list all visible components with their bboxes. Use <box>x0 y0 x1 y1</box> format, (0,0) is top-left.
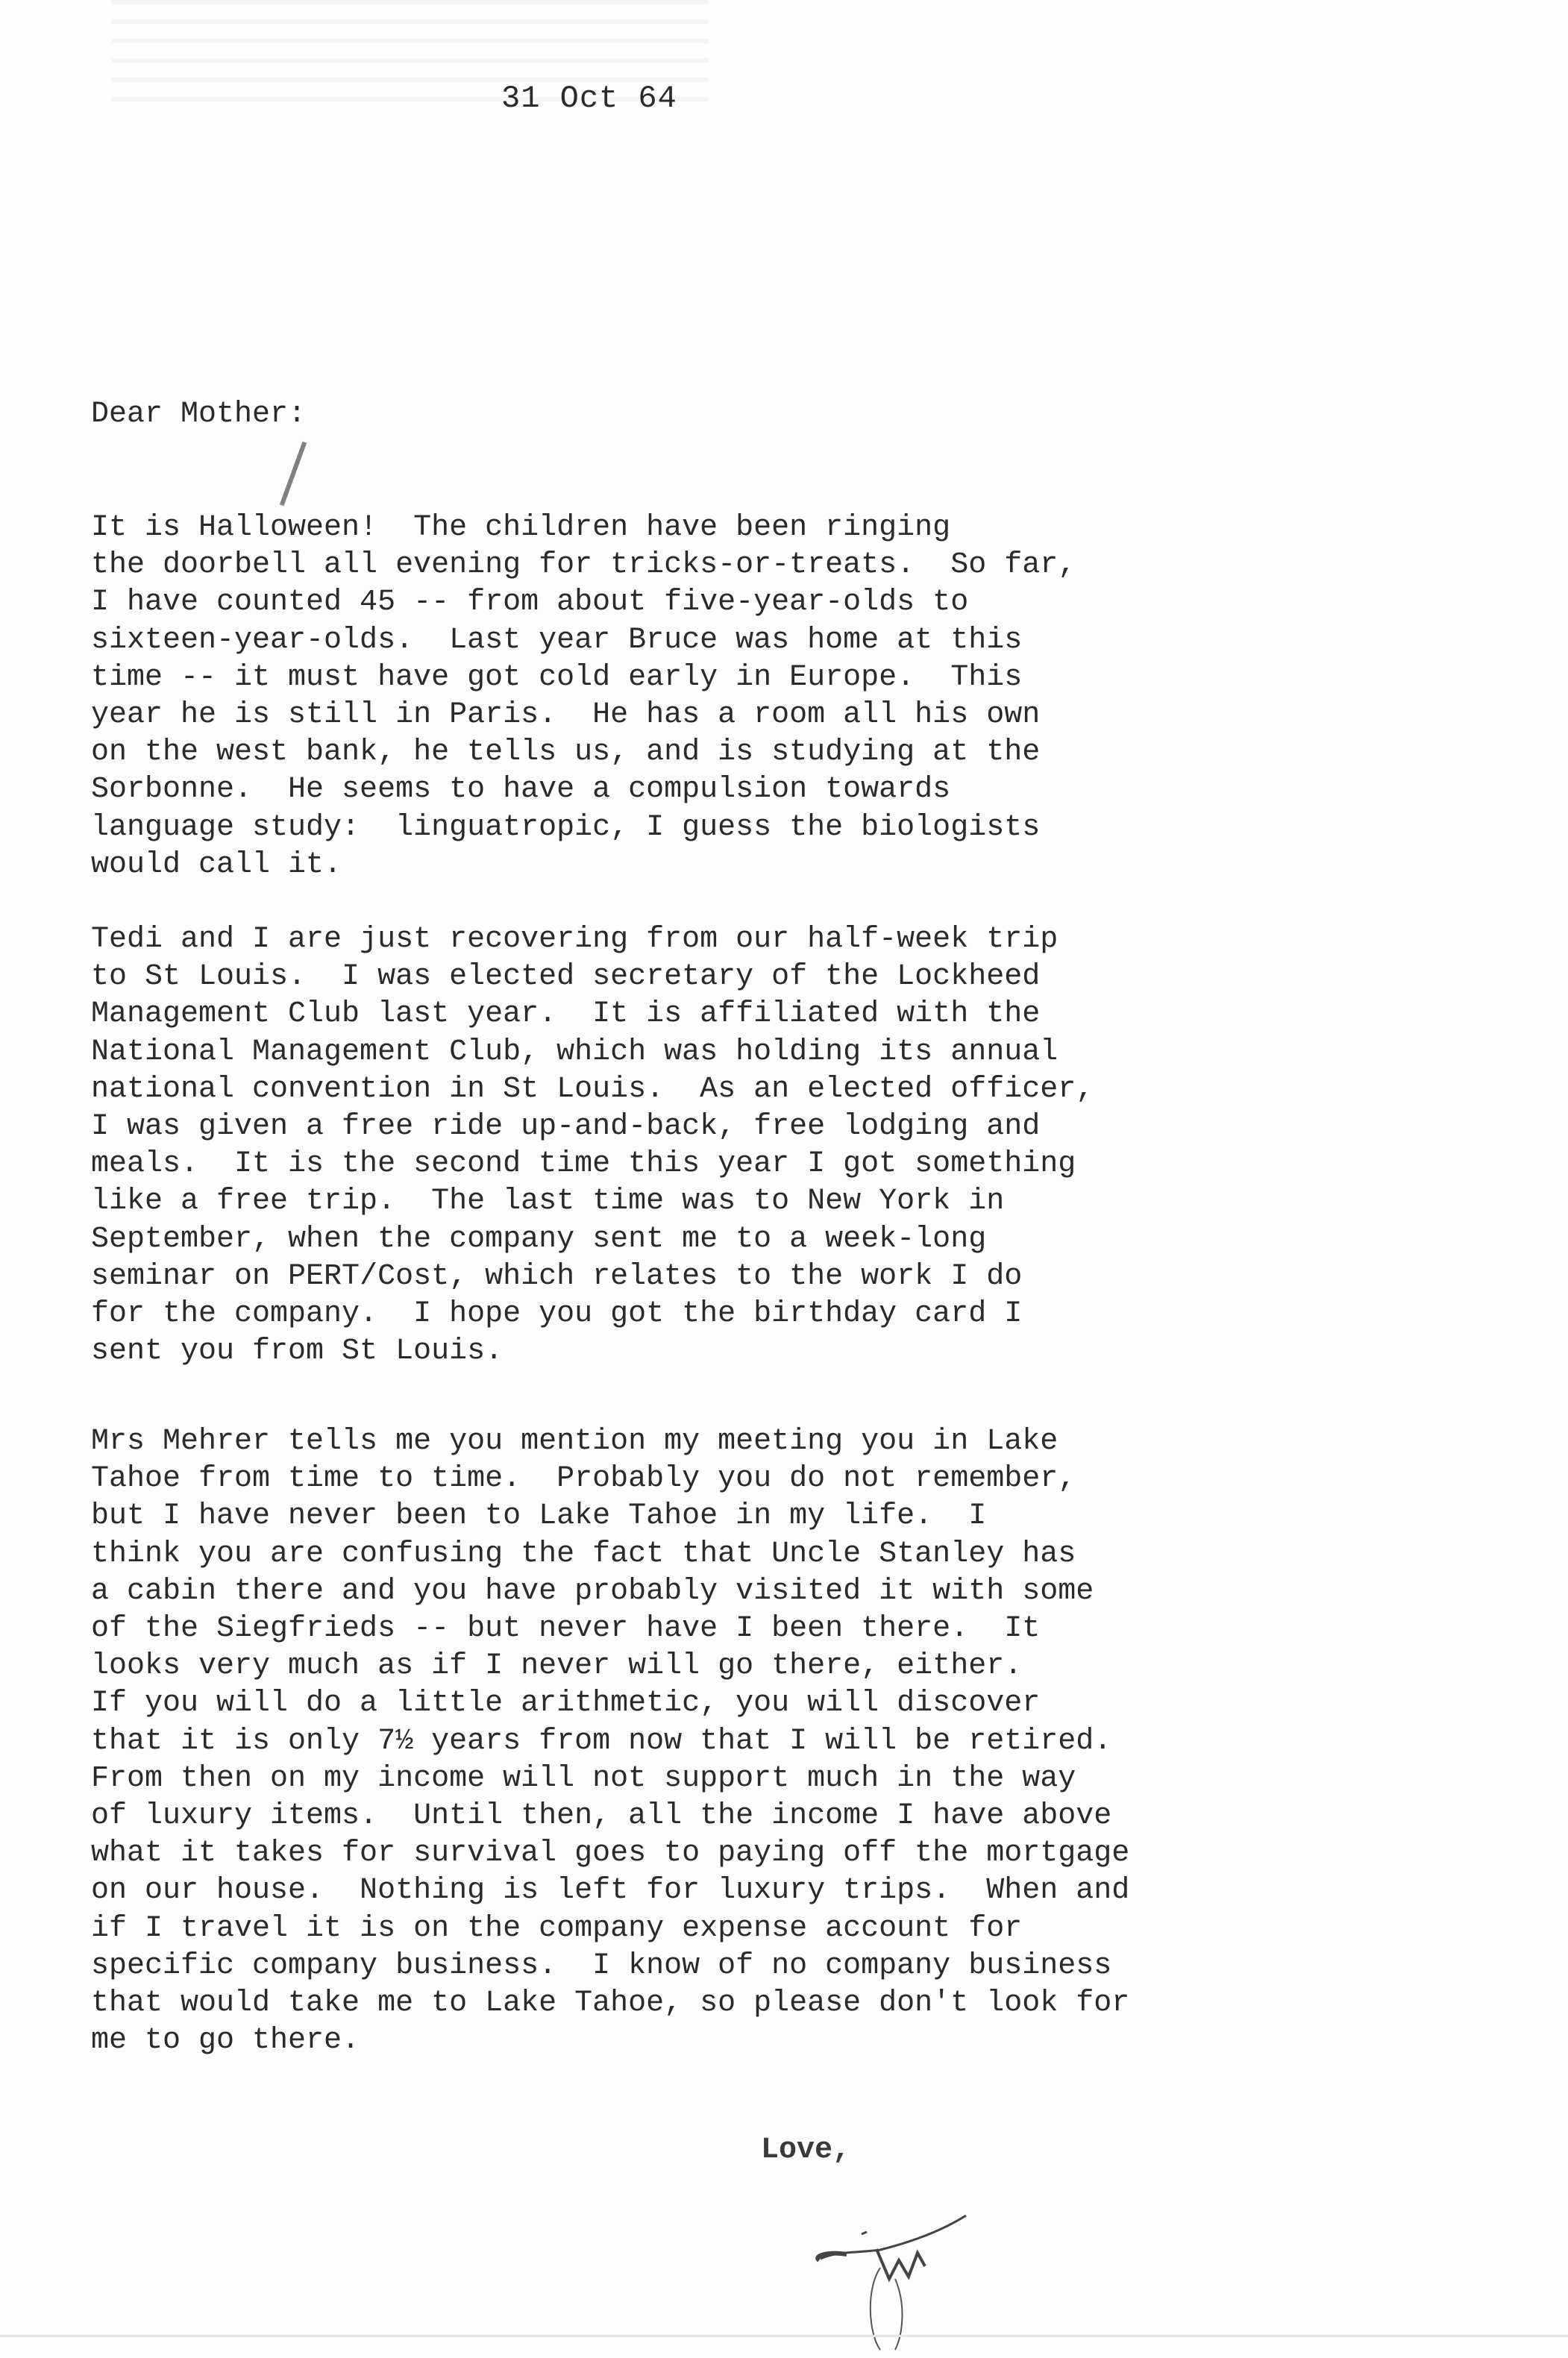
paragraph-halloween: It is Halloween! The children have been … <box>91 509 1076 884</box>
pen-mark-icon <box>280 442 307 507</box>
paragraph-st-louis: Tedi and I are just recovering from our … <box>91 921 1094 1370</box>
letter-date: 31 Oct 64 <box>501 81 677 116</box>
closing: Love, <box>761 2133 850 2167</box>
paragraph-lake-tahoe: Mrs Mehrer tells me you mention my meeti… <box>91 1423 1129 2060</box>
letter-page: 31 Oct 64 Dear Mother: It is Halloween! … <box>0 0 1568 2358</box>
page-bottom-edge <box>0 2335 1568 2337</box>
salutation: Dear Mother: <box>91 398 306 431</box>
